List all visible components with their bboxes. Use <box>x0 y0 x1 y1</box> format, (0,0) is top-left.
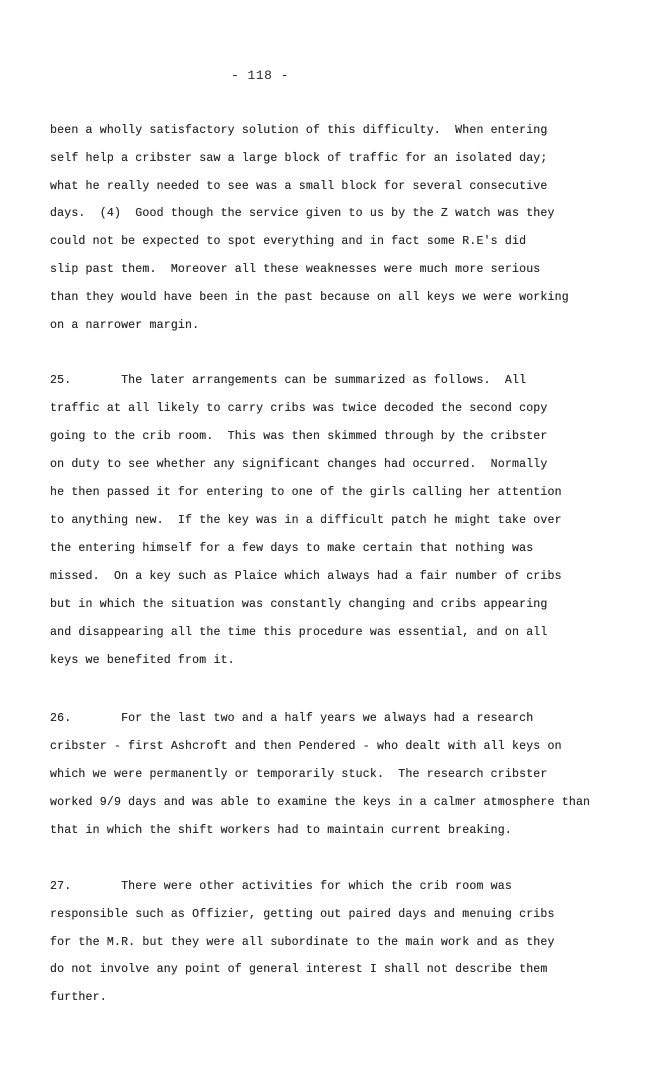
paragraph-26-line: cribster - first Ashcroft and then Pende… <box>50 740 562 753</box>
page-number: - 118 - <box>0 68 520 83</box>
text-line: what he really needed to see was a small… <box>50 180 548 193</box>
paragraph-25-line: he then passed it for entering to one of… <box>50 486 562 499</box>
paragraph-27-line: responsible such as Offizier, getting ou… <box>50 908 555 921</box>
paragraph-25-line: going to the crib room. This was then sk… <box>50 430 548 443</box>
paragraph-26-line: which we were permanently or temporarily… <box>50 768 548 781</box>
text-line: on a narrower margin. <box>50 319 199 332</box>
text-line: been a wholly satisfactory solution of t… <box>50 124 548 137</box>
document-page: - 118 - been a wholly satisfactory solut… <box>0 0 650 1070</box>
paragraph-26-line: that in which the shift workers had to m… <box>50 824 512 837</box>
paragraph-25-line: missed. On a key such as Plaice which al… <box>50 570 562 583</box>
paragraph-25-line: but in which the situation was constantl… <box>50 598 548 611</box>
paragraph-25-line: on duty to see whether any significant c… <box>50 458 548 471</box>
paragraph-27-line: 27. There were other activities for whic… <box>50 880 512 893</box>
paragraph-25-line: and disappearing all the time this proce… <box>50 626 548 639</box>
paragraph-27-line: further. <box>50 991 107 1004</box>
paragraph-25-line: to anything new. If the key was in a dif… <box>50 514 562 527</box>
text-line: slip past them. Moreover all these weakn… <box>50 263 540 276</box>
text-line: than they would have been in the past be… <box>50 291 569 304</box>
paragraph-25-line: keys we benefited from it. <box>50 654 235 667</box>
text-line: could not be expected to spot everything… <box>50 235 526 248</box>
paragraph-26-line: 26. For the last two and a half years we… <box>50 712 533 725</box>
paragraph-25-line: traffic at all likely to carry cribs was… <box>50 402 548 415</box>
text-line: self help a cribster saw a large block o… <box>50 152 548 165</box>
paragraph-27-line: do not involve any point of general inte… <box>50 963 548 976</box>
paragraph-25-line: the entering himself for a few days to m… <box>50 542 533 555</box>
text-line: days. (4) Good though the service given … <box>50 207 555 220</box>
paragraph-26-line: worked 9/9 days and was able to examine … <box>50 796 590 809</box>
paragraph-25-line: 25. The later arrangements can be summar… <box>50 374 526 387</box>
paragraph-27-line: for the M.R. but they were all subordina… <box>50 936 555 949</box>
